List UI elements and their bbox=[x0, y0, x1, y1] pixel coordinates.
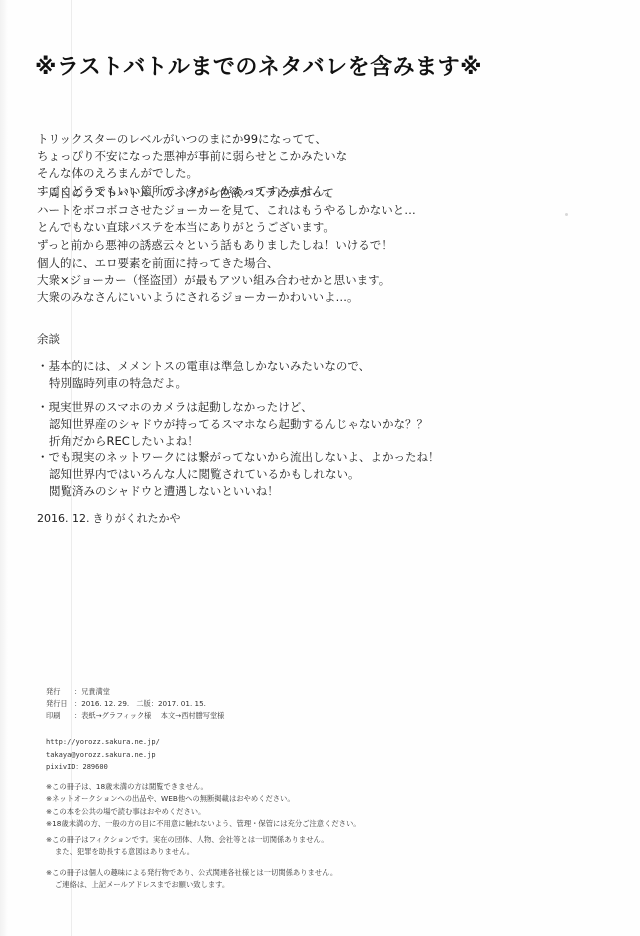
signature: 2016. 12. きりがくれたかや bbox=[37, 510, 181, 526]
aside-bullet-3: ・でも現実のネットワークには繋がってないから流出しないよ、よかったね！ 認知世界… bbox=[37, 449, 440, 501]
text-line: 認知世界内ではいろんな人に閲覧されているかもしれない。 bbox=[37, 466, 440, 483]
pixiv-id: pixivID：289600 bbox=[46, 761, 160, 774]
page-edge-shadow bbox=[0, 0, 8, 936]
text-line: そんな体のえろまんがでした。 bbox=[37, 165, 347, 182]
spoiler-warning-title: ※ラストバトルまでのネタバレを含みます※ bbox=[35, 50, 482, 81]
text-line: トリックスターのレベルがいつのまにか99になってて、 bbox=[37, 131, 347, 148]
colophon-label: 発行日 bbox=[46, 698, 74, 710]
colophon-label: 発行 bbox=[46, 686, 74, 698]
aside-heading: 余談 bbox=[37, 331, 60, 348]
colophon-row-publisher: 発行：兄貴満堂 bbox=[46, 686, 224, 698]
notice-line: ※この冊子は、18歳未満の方は閲覧できません。 bbox=[46, 781, 361, 793]
colophon-value: ：2016. 12. 29. 二版：2017. 01. 15. bbox=[74, 699, 206, 708]
text-line: 大衆×ジョーカー（怪盗団）が最もアツい組み合わせかと思います。 bbox=[37, 272, 390, 289]
notice-group-age: ※この冊子は、18歳未満の方は閲覧できません。 ※ネットオークションへの出品や、… bbox=[46, 781, 361, 830]
aside-bullet-1: ・基本的には、メメントスの電車は準急しかないみたいなので、 特別臨時列車の特急だ… bbox=[37, 358, 370, 392]
signature-author: きりがくれたかや bbox=[93, 512, 181, 525]
text-line: 閲覧済みのシャドウと遭遇しないといいね！ bbox=[37, 483, 440, 500]
contact-info: http://yorozz.sakura.ne.jp/ takaya@yoroz… bbox=[46, 736, 160, 774]
notice-line: ※この冊子はフィクションです。実在の団体、人物、会社等とは一切関係ありません。 bbox=[46, 834, 329, 846]
text-line: 折角だからRECしたいよね！ bbox=[37, 433, 428, 450]
text-line: とんでもない直球バステを本当にありがとうございます。 bbox=[37, 219, 416, 236]
scan-speck bbox=[565, 213, 568, 216]
colophon-value: ：表紙→グラフィック様 本文→西村謄写堂様 bbox=[74, 711, 224, 720]
text-line: 特別臨時列車の特急だよ。 bbox=[37, 375, 370, 392]
colophon-label: 印刷 bbox=[46, 710, 74, 722]
afterword-paragraph-3: 個人的に、エロ要素を前面に持ってきた場合、 大衆×ジョーカー（怪盗団）が最もアツ… bbox=[37, 255, 390, 307]
notice-line: ※この冊子は個人の趣味による発行物であり、公式関連各社様とは一切関係ありません。 bbox=[46, 867, 337, 879]
colophon-row-printer: 印刷：表紙→グラフィック様 本文→西村謄写堂様 bbox=[46, 710, 224, 722]
notice-group-fiction: ※この冊子はフィクションです。実在の団体、人物、会社等とは一切関係ありません。 … bbox=[46, 834, 329, 859]
text-line: ハートをボコボコさせたジョーカーを見て、これはもうやるしかないと… bbox=[37, 202, 416, 219]
text-line: 大衆のみなさんにいいようにされるジョーカーかわいいよ…。 bbox=[37, 289, 390, 306]
email-address: takaya@yorozz.sakura.ne.jp bbox=[46, 749, 160, 762]
notice-line: ご連絡は、上記メールアドレスまでお願い致します。 bbox=[46, 879, 337, 891]
aside-bullet-2: ・現実世界のスマホのカメラは起動しなかったけど、 認知世界産のシャドウが持ってる… bbox=[37, 399, 428, 451]
notice-line: また、犯罪を助長する意図はありません。 bbox=[46, 846, 329, 858]
text-line: ・基本的には、メメントスの電車は準急しかないみたいなので、 bbox=[37, 358, 370, 375]
colophon-row-date: 発行日：2016. 12. 29. 二版：2017. 01. 15. bbox=[46, 698, 224, 710]
text-line: 個人的に、エロ要素を前面に持ってきた場合、 bbox=[37, 255, 390, 272]
text-line: ・でも現実のネットワークには繋がってないから流出しないよ、よかったね！ bbox=[37, 449, 440, 466]
notice-line: ※この本を公共の場で読む事はおやめください。 bbox=[46, 806, 361, 818]
website-url: http://yorozz.sakura.ne.jp/ bbox=[46, 736, 160, 749]
notice-line: ※18歳未満の方、一般の方の目に不用意に触れないよう、管理・保管には充分ご注意く… bbox=[46, 818, 361, 830]
afterword-paragraph-2: 一周目のラストバトル、のっけから色欲バステにかかって ハートをボコボコさせたジョ… bbox=[37, 185, 416, 254]
notice-group-unofficial: ※この冊子は個人の趣味による発行物であり、公式関連各社様とは一切関係ありません。… bbox=[46, 867, 337, 892]
text-line: 認知世界産のシャドウが持ってるスマホなら起動するんじゃないかな？？ bbox=[37, 416, 428, 433]
notice-line: ※ネットオークションへの出品や、WEB他への無断掲載はおやめください。 bbox=[46, 793, 361, 805]
text-line: ちょっぴり不安になった悪神が事前に弱らせとこかみたいな bbox=[37, 148, 347, 165]
document-page: ※ラストバトルまでのネタバレを含みます※ トリックスターのレベルがいつのまにか9… bbox=[0, 0, 640, 936]
colophon-value: ：兄貴満堂 bbox=[74, 687, 110, 696]
text-line: ・現実世界のスマホのカメラは起動しなかったけど、 bbox=[37, 399, 428, 416]
text-line: 一周目のラストバトル、のっけから色欲バステにかかって bbox=[37, 185, 416, 202]
colophon: 発行：兄貴満堂 発行日：2016. 12. 29. 二版：2017. 01. 1… bbox=[46, 686, 224, 722]
text-line: ずっと前から悪神の誘惑云々という話もありましたしね！いけるで！ bbox=[37, 237, 416, 254]
signature-date: 2016. 12. bbox=[37, 512, 89, 525]
